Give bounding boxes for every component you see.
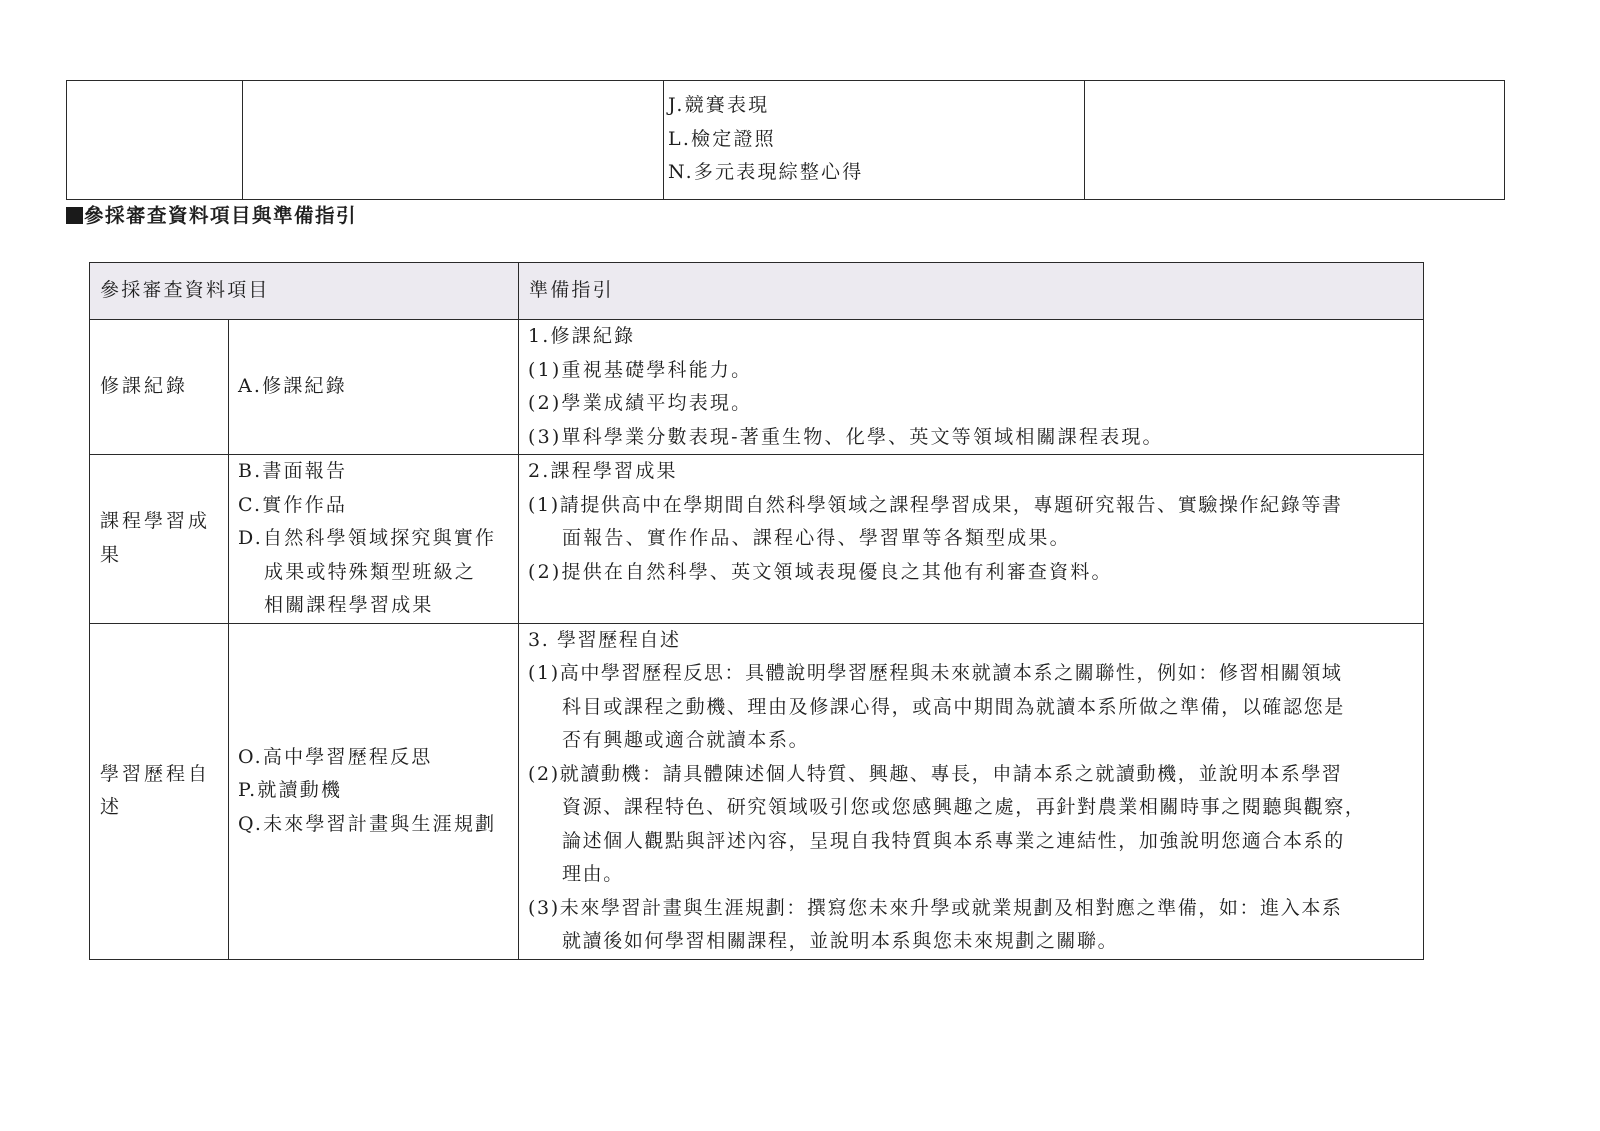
category-line: 果 [100, 539, 228, 573]
section-heading: 參採審查資料項目與準備指引 [66, 200, 357, 228]
table-row: 修課紀錄 A.修課紀錄 1.修課紀錄 (1)重視基礎學科能力。 (2)學業成績平… [90, 320, 1424, 455]
guide-line: (2)就讀動機：請具體陳述個人特質、興趣、專長，申請本系之就讀動機，並說明本系學… [528, 758, 1415, 792]
guide-title: 1.修課紀錄 [528, 320, 1415, 354]
guide-line: (3)未來學習計畫與生涯規劃：撰寫您未來升學或就業規劃及相對應之準備，如：進入本… [528, 892, 1415, 926]
guide-line: (1)請提供高中在學期間自然科學領域之課程學習成果，專題研究報告、實驗操作紀錄等… [528, 489, 1415, 523]
items-cell: A.修課紀錄 [229, 320, 519, 455]
category-cell: 學習歷程自 述 [90, 623, 229, 959]
list-item: N.多元表現綜整心得 [668, 156, 1084, 190]
guide-cell: 2.課程學習成果 (1)請提供高中在學期間自然科學領域之課程學習成果，專題研究報… [519, 455, 1424, 624]
category-line: 學習歷程自 [100, 758, 228, 792]
review-items-table: 參採審查資料項目 準備指引 修課紀錄 A.修課紀錄 1.修課紀錄 (1)重視基礎… [89, 262, 1424, 960]
category-cell: 課程學習成 果 [90, 455, 229, 624]
section-title-text: 參採審查資料項目與準備指引 [84, 204, 357, 227]
header-guide: 準備指引 [519, 263, 1424, 320]
list-item-continued: 相關課程學習成果 [238, 589, 518, 623]
table-row: 學習歷程自 述 O.高中學習歷程反思 P.就讀動機 Q.未來學習計畫與生涯規劃 … [90, 623, 1424, 959]
list-item: L.檢定證照 [668, 123, 1084, 157]
empty-cell [67, 81, 243, 200]
guide-line: 面報告、實作作品、課程心得、學習單等各類型成果。 [528, 522, 1415, 556]
black-square-bullet-icon [66, 207, 83, 224]
list-item: D.自然科學領域探究與實作 [238, 522, 518, 556]
guide-cell: 3. 學習歷程自述 (1)高中學習歷程反思：具體說明學習歷程與未來就讀本系之關聯… [519, 623, 1424, 959]
guide-line: (1)高中學習歷程反思：具體說明學習歷程與未來就讀本系之關聯性，例如：修習相關領… [528, 657, 1415, 691]
guide-line: (3)單科學業分數表現-著重生物、化學、英文等領域相關課程表現。 [528, 421, 1415, 455]
list-item: J.競賽表現 [668, 89, 1084, 123]
category-line: 述 [100, 791, 228, 825]
guide-line: (2)學業成績平均表現。 [528, 387, 1415, 421]
guide-cell: 1.修課紀錄 (1)重視基礎學科能力。 (2)學業成績平均表現。 (3)單科學業… [519, 320, 1424, 455]
list-item: Q.未來學習計畫與生涯規劃 [238, 808, 518, 842]
list-item: O.高中學習歷程反思 [238, 741, 518, 775]
category-line: 課程學習成 [100, 505, 228, 539]
guide-title: 2.課程學習成果 [528, 455, 1415, 489]
list-item: B.書面報告 [238, 455, 518, 489]
guide-line: 理由。 [528, 858, 1415, 892]
items-cell: B.書面報告 C.實作作品 D.自然科學領域探究與實作 成果或特殊類型班級之 相… [229, 455, 519, 624]
guide-line: 就讀後如何學習相關課程，並說明本系與您未來規劃之關聯。 [528, 925, 1415, 959]
guide-line: 科目或課程之動機、理由及修課心得，或高中期間為就讀本系所做之準備，以確認您是 [528, 691, 1415, 725]
list-item: C.實作作品 [238, 489, 518, 523]
table-header-row: 參採審查資料項目 準備指引 [90, 263, 1424, 320]
table-row: J.競賽表現 L.檢定證照 N.多元表現綜整心得 [67, 81, 1505, 200]
empty-cell [243, 81, 664, 200]
empty-cell [1085, 81, 1505, 200]
items-cell: J.競賽表現 L.檢定證照 N.多元表現綜整心得 [664, 81, 1085, 200]
category-cell: 修課紀錄 [90, 320, 229, 455]
list-item: P.就讀動機 [238, 774, 518, 808]
guide-line: (1)重視基礎學科能力。 [528, 354, 1415, 388]
table-row: 課程學習成 果 B.書面報告 C.實作作品 D.自然科學領域探究與實作 成果或特… [90, 455, 1424, 624]
list-item-continued: 成果或特殊類型班級之 [238, 556, 518, 590]
previous-table-continuation: J.競賽表現 L.檢定證照 N.多元表現綜整心得 [66, 80, 1505, 200]
list-item: A.修課紀錄 [238, 370, 518, 404]
guide-title: 3. 學習歷程自述 [528, 624, 1415, 658]
guide-line: 資源、課程特色、研究領域吸引您或您感興趣之處，再針對農業相關時事之閱聽與觀察， [528, 791, 1415, 825]
guide-line: 論述個人觀點與評述內容，呈現自我特質與本系專業之連結性，加強說明您適合本系的 [528, 825, 1415, 859]
header-items: 參採審查資料項目 [90, 263, 519, 320]
guide-line: 否有興趣或適合就讀本系。 [528, 724, 1415, 758]
guide-line: (2)提供在自然科學、英文領域表現優良之其他有利審查資料。 [528, 556, 1415, 590]
items-cell: O.高中學習歷程反思 P.就讀動機 Q.未來學習計畫與生涯規劃 [229, 623, 519, 959]
